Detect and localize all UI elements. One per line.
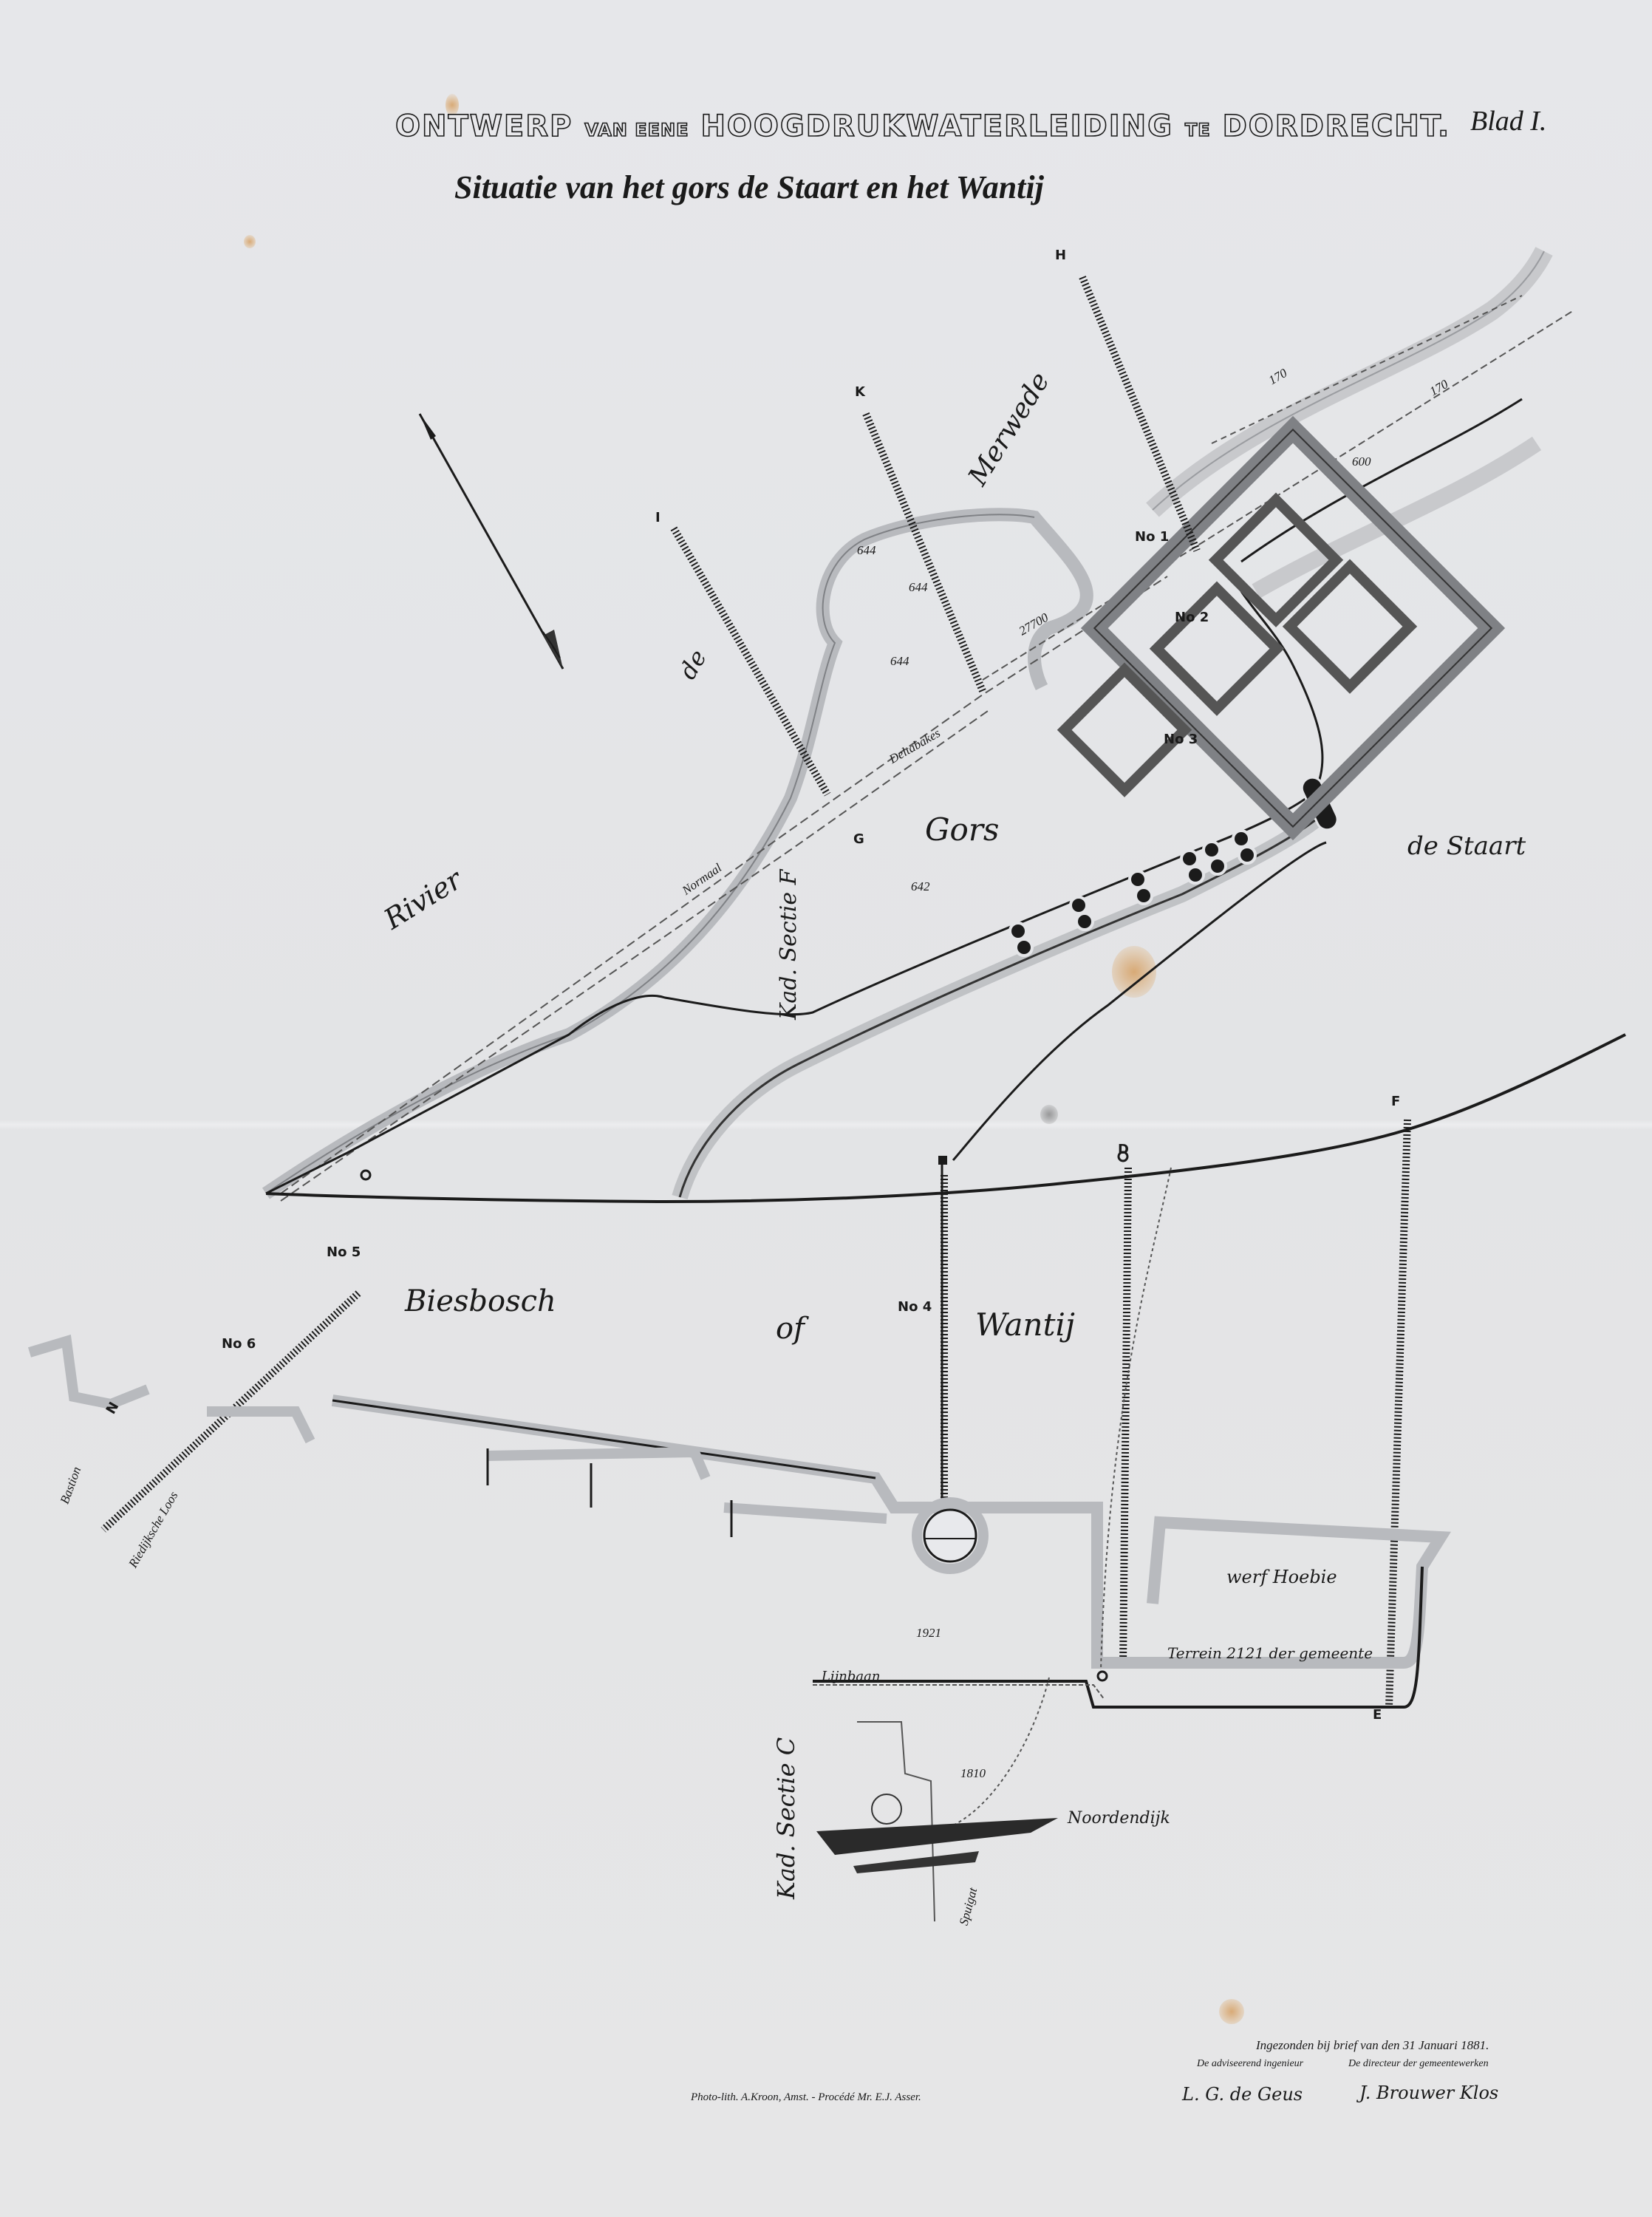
noordendijk-dike <box>816 1794 1058 1873</box>
label-wantij: Wantij <box>975 1307 1075 1343</box>
spot-height: 642 <box>911 879 930 894</box>
spot-height: 644 <box>890 654 909 669</box>
profile-letter: G <box>853 831 864 847</box>
engineer-role: De adviseerend ingenieur <box>1197 2058 1303 2070</box>
label-terrein: Terrein 2121 der gemeente <box>1167 1644 1373 1662</box>
river-bank-merwede <box>1153 251 1544 591</box>
label-gors: Gors <box>925 811 999 848</box>
director-role: De directeur der gemeentewerken <box>1348 2058 1489 2070</box>
point-no2: No 2 <box>1175 610 1209 625</box>
label-biesbosch: Biesbosch <box>405 1284 556 1318</box>
point-no3: No 3 <box>1164 732 1198 747</box>
spot-height: 644 <box>857 543 876 558</box>
profile-letter: K <box>855 384 865 400</box>
supply-channel <box>680 820 1315 1197</box>
director-signature: J. Brouwer Klos <box>1359 2083 1498 2103</box>
profile-lines <box>103 277 1407 1707</box>
north-arrow-icon <box>420 414 563 669</box>
profile-letter: F <box>1391 1094 1400 1109</box>
plot-number: 1810 <box>960 1766 986 1781</box>
profile-letter: E <box>1373 1707 1382 1723</box>
submission-note: Ingezonden bij brief van den 31 Januari … <box>1256 2038 1489 2053</box>
dimension-label: 600 <box>1352 454 1371 469</box>
quay-walls <box>30 1168 1441 1921</box>
label-lijnbaan: Lijnbaan <box>822 1669 880 1684</box>
printer-credit: Photo-lith. A.Kroon, Amst. - Procédé Mr.… <box>691 2091 921 2104</box>
filter-rosette-icons <box>1010 831 1255 956</box>
plot-number: 1921 <box>916 1626 941 1641</box>
gors-island-outline <box>266 514 1087 1193</box>
point-no5: No 5 <box>327 1244 361 1260</box>
point-no4: No 4 <box>898 1299 932 1315</box>
map-drawing <box>0 0 1652 2217</box>
profile-letter: H <box>1055 248 1066 263</box>
reservoir-complex <box>1065 429 1492 826</box>
sheet-number: Blad I. <box>1470 105 1546 137</box>
map-title: ONTWERP VAN EENE HOOGDRUKWATERLEIDING TE… <box>395 109 1450 143</box>
point-no6: No 6 <box>222 1336 256 1352</box>
pumping-station-circle <box>917 1502 983 1569</box>
label-de-staart: de Staart <box>1407 831 1526 861</box>
label-kad-sectie-c: Kad. Sectie C <box>772 1737 800 1899</box>
engineer-signature: L. G. de Geus <box>1182 2084 1303 2105</box>
pipeline-main <box>266 591 1625 1530</box>
label-werf-hoebie: werf Hoebie <box>1226 1567 1337 1587</box>
label-noordendijk: Noordendijk <box>1068 1809 1170 1828</box>
map-subtitle: Situatie van het gors de Staart en het W… <box>454 168 1044 206</box>
point-no1: No 1 <box>1135 529 1169 545</box>
spot-height: 644 <box>909 580 928 595</box>
profile-letter: I <box>655 510 661 525</box>
profile-letter: D <box>1118 1142 1129 1157</box>
label-kad-sectie-f: Kad. Sectie F <box>776 870 802 1020</box>
label-of: of <box>776 1312 805 1346</box>
